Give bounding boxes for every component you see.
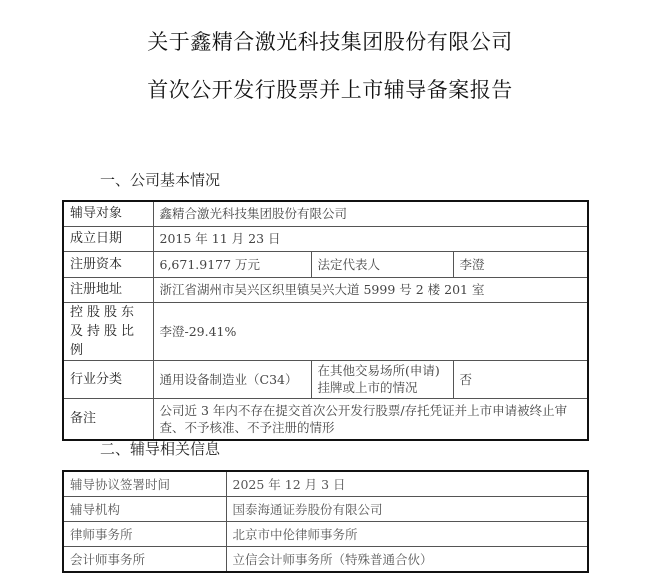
table-row-founded: 成立日期 2015 年 11 月 23 日 — [63, 226, 588, 251]
table-row-target: 辅导对象 鑫精合激光科技集团股份有限公司 — [63, 201, 588, 226]
section-heading-tutoring-info: 二、辅导相关信息 — [100, 438, 220, 459]
table-row-industry: 行业分类 通用设备制造业（C34） 在其他交易场所(申请)挂牌或上市的情况 否 — [63, 360, 588, 398]
label-other-listing: 在其他交易场所(申请)挂牌或上市的情况 — [311, 360, 453, 398]
document-title-line1: 关于鑫精合激光科技集团股份有限公司 — [0, 26, 660, 56]
value-address: 浙江省湖州市吴兴区织里镇吴兴大道 5999 号 2 楼 201 室 — [153, 277, 588, 302]
value-target: 鑫精合激光科技集团股份有限公司 — [153, 201, 588, 226]
label-target: 辅导对象 — [63, 201, 153, 226]
table-row: 辅导机构 国泰海通证券股份有限公司 — [63, 497, 588, 522]
label-accounting-firm: 会计师事务所 — [63, 547, 226, 573]
value-industry: 通用设备制造业（C34） — [153, 360, 311, 398]
label-shareholder: 控股股东及持股比例 — [63, 302, 153, 360]
table-row-shareholder: 控股股东及持股比例 李澄-29.41% — [63, 302, 588, 360]
company-basic-info-table: 辅导对象 鑫精合激光科技集团股份有限公司 成立日期 2015 年 11 月 23… — [62, 200, 589, 441]
label-law-firm: 律师事务所 — [63, 522, 226, 547]
value-law-firm: 北京市中伦律师事务所 — [226, 522, 588, 547]
section-heading-basic-info: 一、公司基本情况 — [100, 169, 220, 190]
label-agreement-date: 辅导协议签署时间 — [63, 471, 226, 497]
label-remarks: 备注 — [63, 398, 153, 440]
label-founded: 成立日期 — [63, 226, 153, 251]
value-agreement-date: 2025 年 12 月 3 日 — [226, 471, 588, 497]
table-row: 律师事务所 北京市中伦律师事务所 — [63, 522, 588, 547]
table-row: 辅导协议签署时间 2025 年 12 月 3 日 — [63, 471, 588, 497]
table-row: 会计师事务所 立信会计师事务所（特殊普通合伙） — [63, 547, 588, 573]
value-tutoring-institution: 国泰海通证券股份有限公司 — [226, 497, 588, 522]
label-legal-rep: 法定代表人 — [311, 251, 453, 277]
tutoring-info-table: 辅导协议签署时间 2025 年 12 月 3 日 辅导机构 国泰海通证券股份有限… — [62, 470, 589, 573]
label-industry: 行业分类 — [63, 360, 153, 398]
value-accounting-firm: 立信会计师事务所（特殊普通合伙） — [226, 547, 588, 573]
label-capital: 注册资本 — [63, 251, 153, 277]
value-remarks: 公司近 3 年内不存在提交首次公开发行股票/存托凭证并上市申请被终止审查、不予核… — [153, 398, 588, 440]
value-capital: 6,671.9177 万元 — [153, 251, 311, 277]
value-shareholder: 李澄-29.41% — [153, 302, 588, 360]
table-row-remarks: 备注 公司近 3 年内不存在提交首次公开发行股票/存托凭证并上市申请被终止审查、… — [63, 398, 588, 440]
label-tutoring-institution: 辅导机构 — [63, 497, 226, 522]
value-founded: 2015 年 11 月 23 日 — [153, 226, 588, 251]
document-title-line2: 首次公开发行股票并上市辅导备案报告 — [0, 74, 660, 104]
label-address: 注册地址 — [63, 277, 153, 302]
table-row-capital: 注册资本 6,671.9177 万元 法定代表人 李澄 — [63, 251, 588, 277]
value-legal-rep: 李澄 — [453, 251, 588, 277]
value-other-listing: 否 — [453, 360, 588, 398]
table-row-address: 注册地址 浙江省湖州市吴兴区织里镇吴兴大道 5999 号 2 楼 201 室 — [63, 277, 588, 302]
